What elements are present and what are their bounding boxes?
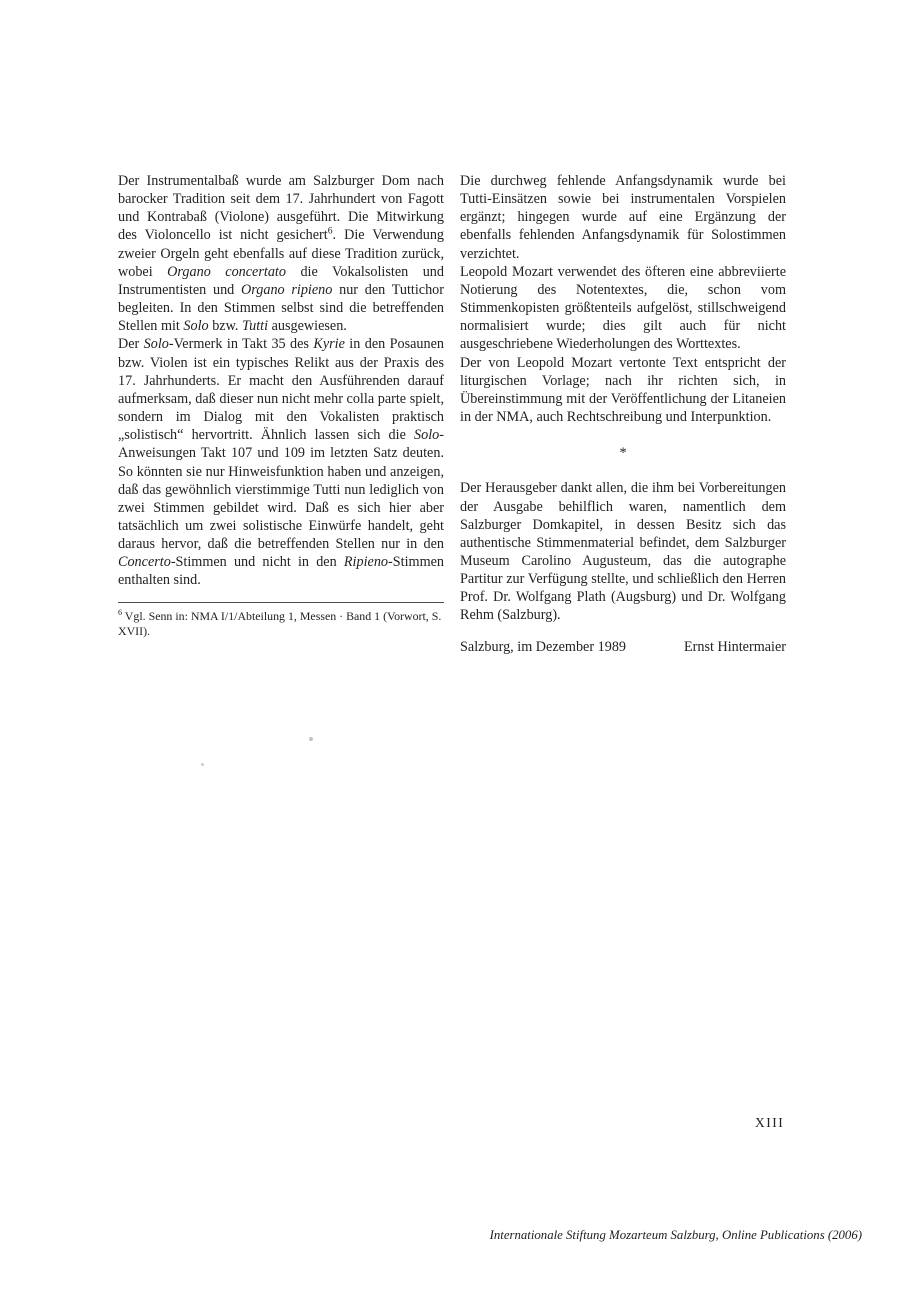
footer-credit: Internationale Stiftung Mozarteum Salzbu… (490, 1228, 862, 1243)
paragraph: Der von Leopold Mozart vertonte Text ent… (460, 354, 786, 427)
signature-line: Salzburg, im Dezember 1989 Ernst Hinterm… (460, 638, 786, 656)
scan-speck (309, 737, 313, 741)
footnote: 6 Vgl. Senn in: NMA I/1/Abteilung 1, Mes… (118, 602, 444, 640)
section-separator-asterisk: * (460, 444, 786, 462)
signature-name: Ernst Hintermaier (684, 638, 786, 656)
footnote-rule (118, 602, 444, 603)
paragraph: Die durchweg fehlende Anfangsdynamik wur… (460, 172, 786, 263)
closing-paragraph: Der Herausgeber dankt allen, die ihm bei… (460, 479, 786, 624)
paragraph: Leopold Mozart verwendet des öfteren ein… (460, 263, 786, 354)
page-number: XIII (755, 1115, 784, 1131)
paragraph: Der Solo-Vermerk in Takt 35 des Kyrie in… (118, 335, 444, 589)
scan-speck (201, 763, 204, 766)
left-column: Der Instrumentalbaß wurde am Salzburger … (118, 172, 444, 640)
right-column: Die durchweg fehlende Anfangsdynamik wur… (460, 172, 786, 656)
footnote-text: 6 Vgl. Senn in: NMA I/1/Abteilung 1, Mes… (118, 609, 444, 640)
signature-place-date: Salzburg, im Dezember 1989 (460, 638, 626, 656)
paragraph: Der Instrumentalbaß wurde am Salzburger … (118, 172, 444, 335)
